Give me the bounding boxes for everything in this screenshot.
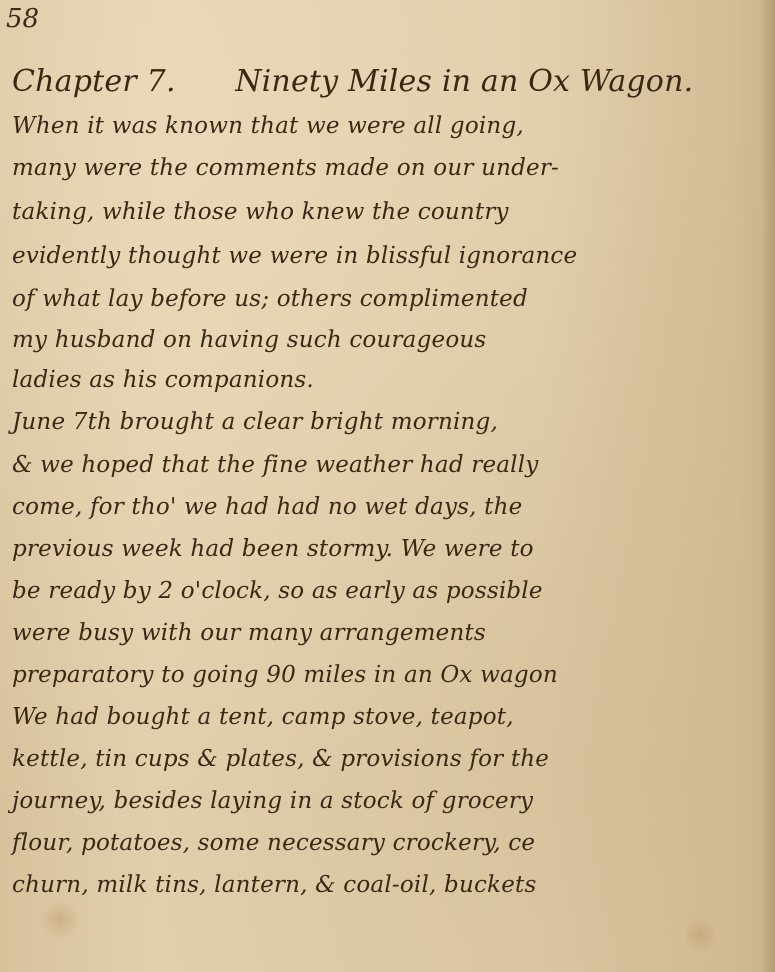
manuscript-text: Chapter 7. Ninety Miles in an Ox Wagon. …: [12, 58, 767, 906]
text-line: kettle, tin cups & plates, & provisions …: [12, 738, 767, 780]
chapter-number: Chapter 7.: [12, 64, 176, 99]
text-line: & we hoped that the fine weather had rea…: [12, 444, 767, 486]
text-line: June 7th brought a clear bright morning,: [12, 400, 767, 444]
text-line: evidently thought we were in blissful ig…: [12, 234, 767, 278]
text-line: When it was known that we were all going…: [12, 106, 767, 146]
text-line: previous week had been stormy. We were t…: [12, 528, 767, 570]
text-line: come, for tho' we had had no wet days, t…: [12, 486, 767, 528]
text-line: of what lay before us; others compliment…: [12, 278, 767, 320]
text-line: churn, milk tins, lantern, & coal-oil, b…: [12, 864, 767, 906]
text-line: my husband on having such courageous: [12, 320, 767, 360]
chapter-title: Ninety Miles in an Ox Wagon.: [235, 64, 693, 99]
text-line: preparatory to going 90 miles in an Ox w…: [12, 654, 767, 696]
paper-stain: [685, 915, 715, 955]
paper-stain: [40, 900, 80, 940]
text-line: be ready by 2 o'clock, so as early as po…: [12, 570, 767, 612]
text-line: ladies as his companions.: [12, 360, 767, 400]
manuscript-page: 58 Chapter 7. Ninety Miles in an Ox Wago…: [0, 0, 775, 972]
text-line: were busy with our many arrangements: [12, 612, 767, 654]
page-number: 58: [6, 4, 39, 34]
text-line: journey, besides laying in a stock of gr…: [12, 780, 767, 822]
text-line: taking, while those who knew the country: [12, 190, 767, 234]
text-line: We had bought a tent, camp stove, teapot…: [12, 696, 767, 738]
chapter-heading: Chapter 7. Ninety Miles in an Ox Wagon.: [12, 58, 767, 106]
text-line: many were the comments made on our under…: [12, 146, 767, 190]
text-line: flour, potatoes, some necessary crockery…: [12, 822, 767, 864]
